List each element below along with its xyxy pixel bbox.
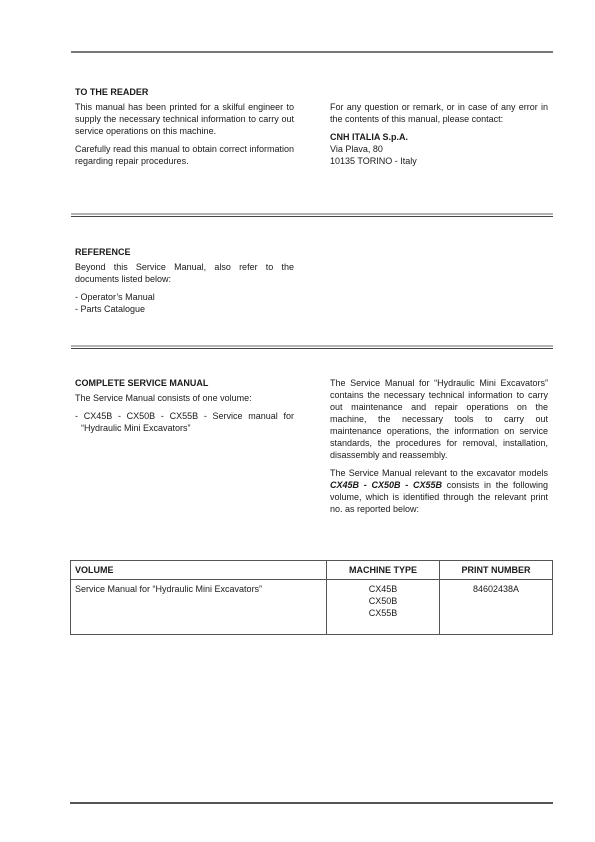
header-print-number: PRINT NUMBER (440, 561, 553, 580)
reference-section: REFERENCE Beyond this Service Manual, al… (75, 246, 294, 315)
reference-list: - Operator’s Manual - Parts Catalogue (75, 291, 294, 315)
cell-machine-type: CX45B CX50B CX55B (327, 580, 440, 635)
address-line-2: 10135 TORINO - Italy (330, 155, 548, 167)
reader-paragraph-1: This manual has been printed for a skilf… (75, 101, 294, 137)
header-machine-type: MACHINE TYPE (327, 561, 440, 580)
cell-volume: Service Manual for “Hydraulic Mini Excav… (71, 580, 327, 635)
machine-type: CX50B (331, 595, 435, 607)
company-name: CNH ITALIA S.p.A. (330, 131, 548, 143)
reader-heading: TO THE READER (75, 86, 294, 98)
reader-left-column: TO THE READER This manual has been print… (75, 86, 294, 173)
section-divider (71, 345, 553, 349)
machine-type: CX45B (331, 583, 435, 595)
contact-address: CNH ITALIA S.p.A. Via Plava, 80 10135 TO… (330, 131, 548, 167)
volume-list-item: - CX45B - CX50B - CX55B - Service manual… (75, 410, 294, 434)
reference-item: - Operator’s Manual (75, 291, 294, 303)
reference-intro: Beyond this Service Manual, also refer t… (75, 261, 294, 285)
complete-manual-right-column: The Service Manual for “Hydraulic Mini E… (330, 377, 548, 521)
complete-manual-description: The Service Manual for “Hydraulic Mini E… (330, 377, 548, 461)
bottom-rule (70, 802, 553, 804)
table-row: Service Manual for “Hydraulic Mini Excav… (71, 580, 553, 635)
cell-print-number: 84602438A (440, 580, 553, 635)
reference-heading: REFERENCE (75, 246, 294, 258)
complete-manual-left-column: COMPLETE SERVICE MANUAL The Service Manu… (75, 377, 294, 440)
reader-right-column: For any question or remark, or in case o… (330, 101, 548, 167)
table-header-row: VOLUME MACHINE TYPE PRINT NUMBER (71, 561, 553, 580)
machine-type: CX55B (331, 607, 435, 619)
model-list: CX45B - CX50B - CX55B (330, 480, 442, 490)
complete-manual-intro: The Service Manual consists of one volum… (75, 392, 294, 404)
volume-table: VOLUME MACHINE TYPE PRINT NUMBER Service… (70, 560, 553, 635)
reader-paragraph-2: Carefully read this manual to obtain cor… (75, 143, 294, 167)
section-divider (71, 213, 553, 217)
complete-manual-heading: COMPLETE SERVICE MANUAL (75, 377, 294, 389)
address-line-1: Via Plava, 80 (330, 143, 548, 155)
top-rule (71, 51, 553, 53)
reference-item: - Parts Catalogue (75, 303, 294, 315)
complete-manual-models-text: The Service Manual relevant to the excav… (330, 467, 548, 515)
contact-text: For any question or remark, or in case o… (330, 101, 548, 125)
header-volume: VOLUME (71, 561, 327, 580)
